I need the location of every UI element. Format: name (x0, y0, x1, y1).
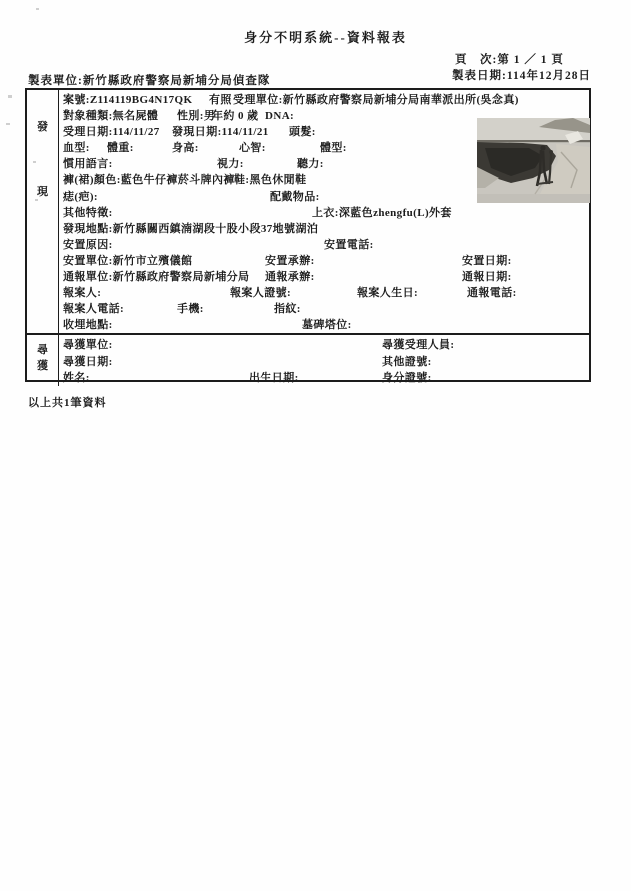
table-row: 姓名: 出生日期: 身分證號: (59, 370, 589, 386)
table-row: 安置原因: 安置電話: (59, 237, 589, 253)
scan-speck (36, 8, 39, 10)
section-recovery-content: 尋獲單位: 尋獲受理人員: 尋獲日期: 其他證號: 姓名: 出生日期: 身分證號… (59, 335, 589, 386)
record-count-summary: 以上共1筆資料 (28, 394, 107, 410)
page-number-line: 頁 次:第 1 ／ 1 頁 (455, 51, 564, 67)
field-placement-phone: 安置電話: (324, 238, 374, 252)
table-row: 報案人電話: 手機: 指紋: (59, 301, 589, 317)
section-discovery-side-label: 發 現 (27, 90, 59, 333)
field-found-date: 發現日期:114/11/21 (172, 125, 269, 139)
table-row: 尋獲日期: 其他證號: (59, 354, 589, 370)
field-report-phone: 通報電話: (467, 286, 517, 300)
field-report-unit: 通報單位:新竹縣政府警察局新埔分局 (63, 270, 249, 284)
field-vision: 視力: (217, 157, 244, 171)
field-case-no: 案號:Z114119BG4N17QK (63, 93, 192, 107)
table-row: 案號:Z114119BG4N17QK 有照 受理單位:新竹縣政府警察局新埔分局南… (59, 92, 589, 108)
field-placement-handler: 安置承辦: (265, 254, 315, 268)
field-accept-date: 受理日期:114/11/27 (63, 125, 160, 139)
field-build: 體型: (320, 141, 347, 155)
scan-speck (6, 123, 10, 125)
field-subject-type: 對象種類:無名屍體 (63, 109, 158, 123)
field-tomb-position: 墓碑塔位: (302, 318, 352, 332)
table-row: 其他特徵: 上衣:深藍色zhengfu(L)外套 (59, 205, 589, 221)
field-recover-date: 尋獲日期: (63, 355, 113, 369)
field-gender: 性別:男 (177, 109, 215, 123)
field-blood-type: 血型: (63, 141, 90, 155)
table-row: 報案人: 報案人證號: 報案人生日: 通報電話: (59, 285, 589, 301)
field-language: 慣用語言: (63, 157, 113, 171)
field-other-id: 其他證號: (382, 355, 432, 369)
field-found-location: 發現地點:新竹縣關西鎮湳湖段十股小段37地號湖泊 (63, 222, 318, 236)
side-char: 獲 (27, 357, 58, 373)
field-pants-color: 褲(裙)顏色:藍色牛仔褲菸斗牌內褲 (63, 173, 235, 187)
scene-photo-image (477, 118, 590, 203)
field-hearing: 聽力: (297, 157, 324, 171)
section-recovery: 尋 獲 尋獲單位: 尋獲受理人員: 尋獲日期: 其他證號: 姓名: 出生日期: … (27, 333, 589, 386)
field-birth-date: 出生日期: (249, 371, 299, 385)
field-report-date: 通報日期: (462, 270, 512, 284)
field-fingerprint: 指紋: (274, 302, 301, 316)
scanned-report-page: 身分不明系統--資料報表 頁 次:第 1 ／ 1 頁 製表日期:114年12月2… (0, 0, 631, 891)
field-recover-staff: 尋獲受理人員: (382, 338, 454, 352)
field-reporter-birthday: 報案人生日: (357, 286, 418, 300)
field-report-handler: 通報承辦: (265, 270, 315, 284)
field-mobile: 手機: (177, 302, 204, 316)
side-char: 發 (27, 118, 58, 134)
field-name: 姓名: (63, 371, 90, 385)
report-unit-line: 製表單位:新竹縣政府警察局新埔分局偵查隊 (28, 72, 270, 88)
table-row: 通報單位:新竹縣政府警察局新埔分局 通報承辦: 通報日期: (59, 269, 589, 285)
field-accepting-unit: 受理單位:新竹縣政府警察局新埔分局南華派出所(吳念真) (233, 93, 519, 107)
field-placement-reason: 安置原因: (63, 238, 113, 252)
field-moles-scars: 痣(疤): (63, 190, 98, 204)
field-accessories: 配戴物品: (270, 190, 320, 204)
field-reporter-id: 報案人證號: (230, 286, 291, 300)
scan-speck (8, 95, 12, 98)
scan-speck (33, 161, 36, 163)
field-recover-unit: 尋獲單位: (63, 338, 113, 352)
field-placement-date: 安置日期: (462, 254, 512, 268)
field-has-photo-flag: 有照 (209, 93, 232, 107)
scan-speck (35, 199, 38, 201)
field-hair: 頭髮: (289, 125, 316, 139)
field-dna: DNA: (265, 109, 294, 123)
section-recovery-side-label: 尋 獲 (27, 335, 59, 386)
field-reporter: 報案人: (63, 286, 101, 300)
field-national-id: 身分證號: (382, 371, 432, 385)
field-burial-location: 收埋地點: (63, 318, 113, 332)
field-weight: 體重: (107, 141, 134, 155)
field-height: 身高: (172, 141, 199, 155)
table-row: 發現地點:新竹縣關西鎮湳湖段十股小段37地號湖泊 (59, 221, 589, 237)
page-title: 身分不明系統--資料報表 (0, 27, 631, 46)
field-top-clothing: 上衣:深藍色zhengfu(L)外套 (312, 206, 452, 220)
table-row: 尋獲單位: 尋獲受理人員: (59, 337, 589, 353)
field-other-features: 其他特徵: (63, 206, 113, 220)
field-mental: 心智: (239, 141, 266, 155)
field-placement-unit: 安置單位:新竹市立殯儀館 (63, 254, 192, 268)
field-reporter-phone: 報案人電話: (63, 302, 124, 316)
side-char: 現 (27, 183, 58, 199)
field-shoes: 鞋:黑色休閒鞋 (234, 173, 306, 187)
side-char: 尋 (27, 341, 58, 357)
field-age: 年約 0 歲 (212, 109, 258, 123)
table-row: 安置單位:新竹市立殯儀館 安置承辦: 安置日期: (59, 253, 589, 269)
scene-photo (477, 118, 590, 203)
report-date-line: 製表日期:114年12月28日 (452, 67, 591, 83)
table-row: 收埋地點: 墓碑塔位: (59, 317, 589, 333)
